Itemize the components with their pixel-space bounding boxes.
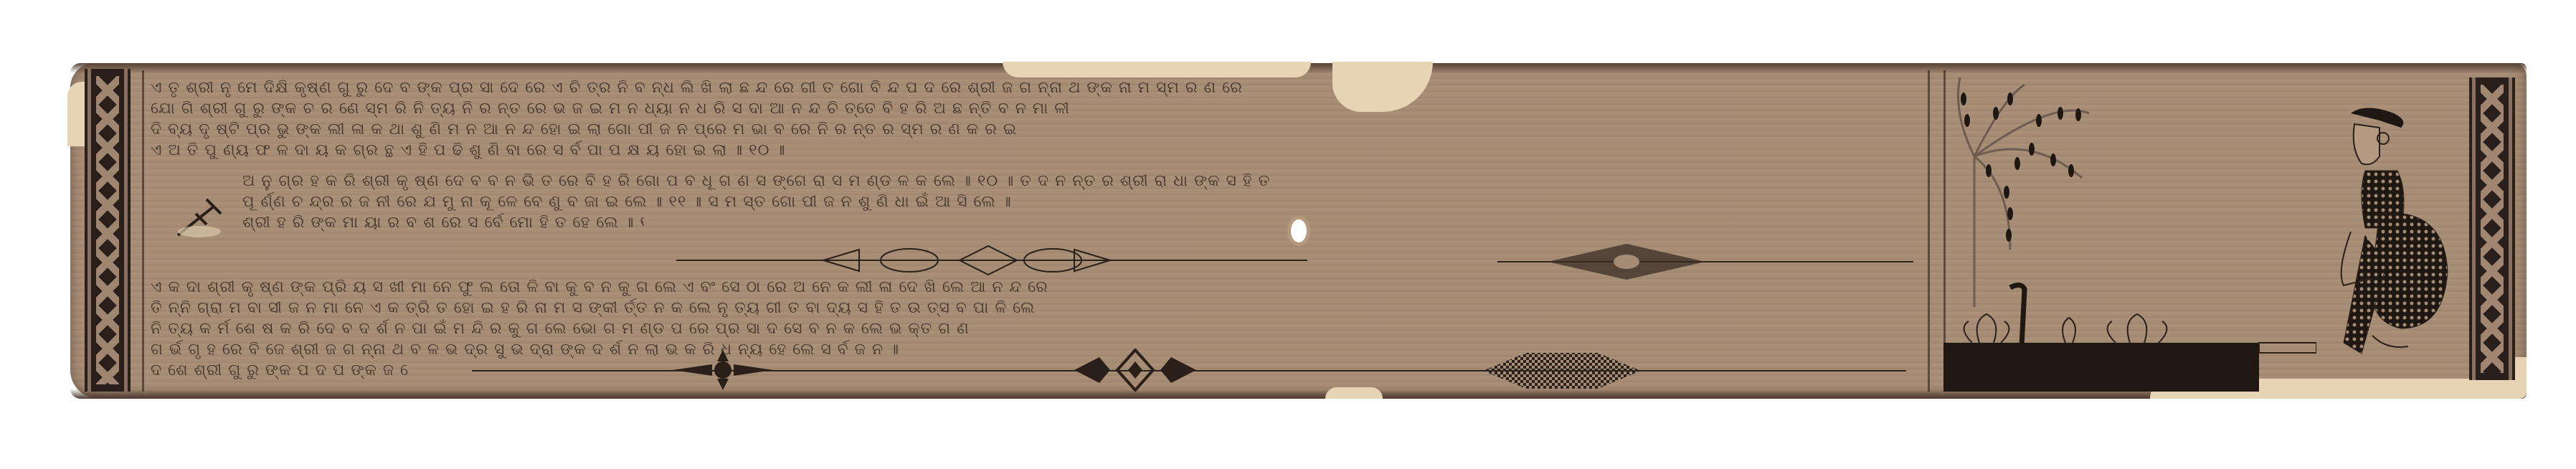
text-line: ଦି ବ୍ୟ ଦୃ ଷ୍ଟି ପ୍ର ଭୁ ଙ୍କ ଲୀ ଳା କ ଥା ଶୁ … bbox=[151, 119, 1922, 140]
diamond-pattern-icon bbox=[96, 76, 119, 384]
text-line: ଅ ନୁ ଗ୍ର ହ କ ରି ଶ୍ରୀ କୃ ଷ୍ଣ ଦେ ବ ବ ନ ଭି … bbox=[242, 171, 1921, 191]
text-line: ଏ ତୃ ଶ୍ରୀ ନୃ ମେ ଦିକ୍ଷି କୃଷ୍ଣ ଗୁ ରୁ ଦେ ବ … bbox=[151, 77, 1922, 98]
text-line: ଯୋ ଗି ଶ୍ରୀ ଗୁ ରୁ ଙ୍କ ଚ ର ଣେ ସ୍ମ ରି ନି ତ୍… bbox=[151, 98, 1922, 119]
right-diamond-border bbox=[2469, 77, 2515, 380]
text-line: ନି ତ୍ୟ କ ର୍ମ ଶେ ଷ କ ରି ଦେ ବ ଦ ର୍ଶ ନ ପା ଇ… bbox=[151, 318, 1922, 339]
left-margin-rule bbox=[142, 70, 144, 392]
panel-divider-rule bbox=[1928, 70, 1930, 392]
floral-cross-ornament-icon bbox=[673, 350, 773, 390]
text-line: ଏ ଅ ତି ପୁ ଣ୍ୟ ଫ ଳ ଦା ୟ କ ଗ୍ର ନ୍ଥ ଏ ହି ପ … bbox=[151, 140, 1922, 161]
text-line: ଗ ର୍ଭ ଗୃ ହ ରେ ବି ଜେ ଶ୍ରୀ ଜ ଗ ନ୍ନା ଥ ବ ଳ … bbox=[151, 339, 1922, 360]
text-line: ଶ୍ରୀ ହ ରି ଙ୍କ ମା ୟା ର ବ ଶ ରେ ସ ର୍ବେ ମୋ ହ… bbox=[242, 212, 644, 233]
middle-text-block: ଅ ନୁ ଗ୍ର ହ କ ରି ଶ୍ରୀ କୃ ଷ୍ଣ ଦେ ବ ବ ନ ଭି … bbox=[242, 171, 1921, 235]
lattice-ornament-icon bbox=[1483, 349, 1641, 393]
string-hole bbox=[1291, 219, 1307, 242]
diamond-ornament-icon bbox=[1067, 349, 1203, 392]
upper-text-block: ଏ ତୃ ଶ୍ରୀ ନୃ ମେ ଦିକ୍ଷି କୃଷ୍ଣ ଗୁ ରୁ ଦେ ବ … bbox=[151, 77, 1922, 164]
text-line: ତି ନ୍ନି ଗ୍ରା ମ ବା ସୀ ଜ ନ ମା ନେ ଏ କ ତ୍ରି … bbox=[151, 298, 1922, 318]
heron-bird-icon bbox=[2007, 282, 2035, 361]
lower-text-block: ଏ କ ଦା ଶ୍ରୀ କୃ ଷ୍ଣ ଙ୍କ ପ୍ରି ୟ ସ ଖୀ ମା ନେ… bbox=[151, 277, 1922, 381]
stylus-mark-icon bbox=[171, 192, 242, 242]
diamond-ornament-icon bbox=[1548, 242, 1705, 282]
lotus-pond-icon bbox=[1943, 307, 2316, 392]
text-line: ଦ ଶେ ଶ୍ରୀ ଗୁ ରୁ ଙ୍କ ପ ଦ ପ ଙ୍କ ଜ ରେ ସ ଦା … bbox=[151, 360, 409, 381]
left-diamond-border bbox=[85, 69, 131, 392]
palm-tree-icon bbox=[1946, 70, 2132, 307]
palm-leaf-folio: ଏ ତୃ ଶ୍ରୀ ନୃ ମେ ଦିକ୍ଷି କୃଷ୍ଣ ଗୁ ରୁ ଦେ ବ … bbox=[70, 63, 2527, 399]
text-line: ଏ କ ଦା ଶ୍ରୀ କୃ ଷ୍ଣ ଙ୍କ ପ୍ରି ୟ ସ ଖୀ ମା ନେ… bbox=[151, 277, 1922, 298]
seated-woman-figure-icon bbox=[2322, 106, 2466, 379]
text-line: ପୂ ର୍ଣ୍ଣ ଚ ନ୍ଦ୍ର ର ଜ ନୀ ରେ ଯ ମୁ ନା କୂ ଳେ… bbox=[242, 191, 1921, 212]
damage-chip-bottom-1 bbox=[1325, 387, 1383, 399]
floral-ornament-icon bbox=[816, 242, 1117, 278]
diamond-pattern-icon bbox=[2481, 85, 2504, 373]
damage-chip-top-1 bbox=[1003, 62, 1311, 77]
